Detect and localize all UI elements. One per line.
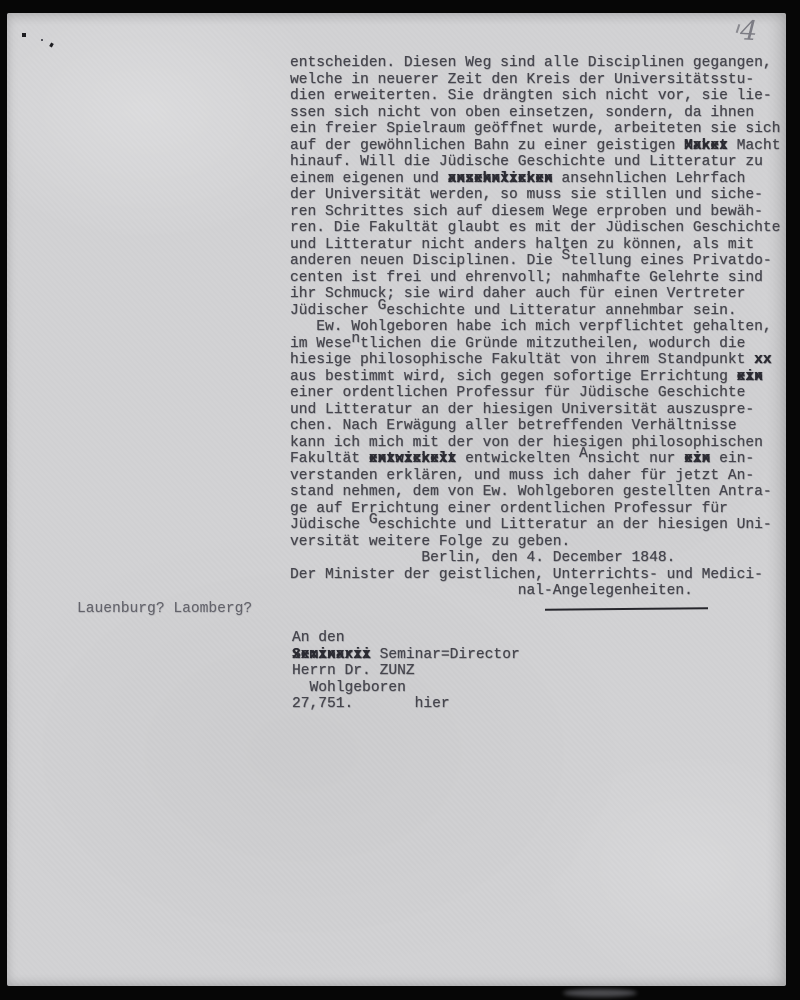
- letter-line: hiesige philosophische Fakultät von ihre…: [290, 352, 780, 369]
- letter-line: anderen neuen Disciplinen. Die Stellung …: [290, 253, 780, 270]
- letter-line: ihr Schmuck; sie wird daher auch für ein…: [290, 286, 780, 303]
- letter-line: ren. Die Fakultät glaubt es mit der Jüdi…: [290, 220, 780, 237]
- letter-line: Seminariixxxxxxxxx Seminar=Director: [292, 647, 520, 664]
- letter-line: Jüdische Geschichte und Litteratur an de…: [290, 517, 780, 534]
- letter-line: im Wesentlichen die Gründe mitzutheilen,…: [290, 336, 780, 353]
- raised-character: S: [562, 248, 571, 265]
- letter-line: An den: [292, 630, 520, 647]
- letter-line: 27,751. hier: [292, 696, 520, 713]
- letter-line: Fakultät entwickeltxxxxxxxxxx entwickelt…: [290, 451, 780, 468]
- struck-word: einxxx: [737, 369, 763, 386]
- raised-character: G: [378, 298, 387, 315]
- letter-line: und Litteratur nicht anders halten zu kö…: [290, 237, 780, 254]
- letter-line: nal-Angelegenheiten.: [290, 583, 780, 600]
- raised-character: A: [579, 446, 588, 463]
- letter-line: der Universität werden, so muss sie stil…: [290, 187, 780, 204]
- scanned-document: 4 entscheiden. Diesen Weg sind alle Disc…: [0, 0, 800, 1000]
- letter-line: dien erweiterten. Sie drängten sich nich…: [290, 88, 780, 105]
- letter-line: versität weitere Folge zu geben.: [290, 534, 780, 551]
- struck-word: xxxx: [754, 352, 772, 369]
- letter-line: Herrn Dr. ZUNZ: [292, 663, 520, 680]
- letter-line: und Litteratur an der hiesigen Universit…: [290, 402, 780, 419]
- letter-line: kann ich mich mit der von der hiesigen p…: [290, 435, 780, 452]
- address-block: An denSeminariixxxxxxxxx Seminar=Directo…: [292, 630, 520, 713]
- letter-line: entscheiden. Diesen Weg sind alle Discip…: [290, 55, 780, 72]
- ink-speck: [22, 33, 26, 37]
- raised-character: n: [351, 331, 360, 348]
- raised-character: G: [369, 512, 378, 529]
- letter-line: stand nehmen, dem von Ew. Wohlgeboren ge…: [290, 484, 780, 501]
- letter-line: ge auf Errichtung einer ordentlichen Pro…: [290, 501, 780, 518]
- letter-line: auf der gewöhnlichen Bahn zu einer geist…: [290, 138, 780, 155]
- marginalia-note: Lauenburg? Laomberg?: [77, 601, 252, 617]
- letter-line: ren Schrittes sich auf diesem Wege erpro…: [290, 204, 780, 221]
- letter-line: Der Minister der geistlichen, Unterricht…: [290, 567, 780, 584]
- letter-line: ein freier Spielraum geöffnet wurde, arb…: [290, 121, 780, 138]
- struck-word: entwickeltxxxxxxxxxx: [369, 451, 457, 468]
- letter-line: Wohlgeboren: [292, 680, 520, 697]
- letter-line: ssen sich nicht von oben einsetzen, sond…: [290, 105, 780, 122]
- ink-speck: [41, 39, 43, 41]
- handwritten-page-number: 4: [739, 15, 771, 53]
- scan-smudge: [563, 989, 637, 997]
- letter-line: einem eigenen und ansehnlickenxxxxxxxxxx…: [290, 171, 780, 188]
- letter-line: Ew. Wohlgeboren habe ich mich verpflicht…: [290, 319, 780, 336]
- letter-line: verstanden erklären, und muss ich daher …: [290, 468, 780, 485]
- struck-word: ansehnlickenxxxxxxxxxxxx: [448, 171, 553, 188]
- letter-line: Jüdischer Geschichte und Litteratur anne…: [290, 303, 780, 320]
- letter-body: entscheiden. Diesen Weg sind alle Discip…: [290, 55, 780, 600]
- letter-line: hinauf. Will die Jüdische Geschichte und…: [290, 154, 780, 171]
- letter-line: einer ordentlichen Professur für Jüdisch…: [290, 385, 780, 402]
- struck-word: Maketxxxxx: [684, 138, 728, 155]
- struck-word: Seminariixxxxxxxxx: [292, 647, 371, 664]
- letter-line: welche in neuerer Zeit den Kreis der Uni…: [290, 72, 780, 89]
- letter-line: centen ist frei und ehrenvoll; nahmhafte…: [290, 270, 780, 287]
- letter-line: chen. Nach Erwägung aller betreffenden V…: [290, 418, 780, 435]
- letter-line: aus bestimmt wird, sich gegen sofortige …: [290, 369, 780, 386]
- letter-line: Berlin, den 4. December 1848.: [290, 550, 780, 567]
- struck-word: einxxx: [684, 451, 710, 468]
